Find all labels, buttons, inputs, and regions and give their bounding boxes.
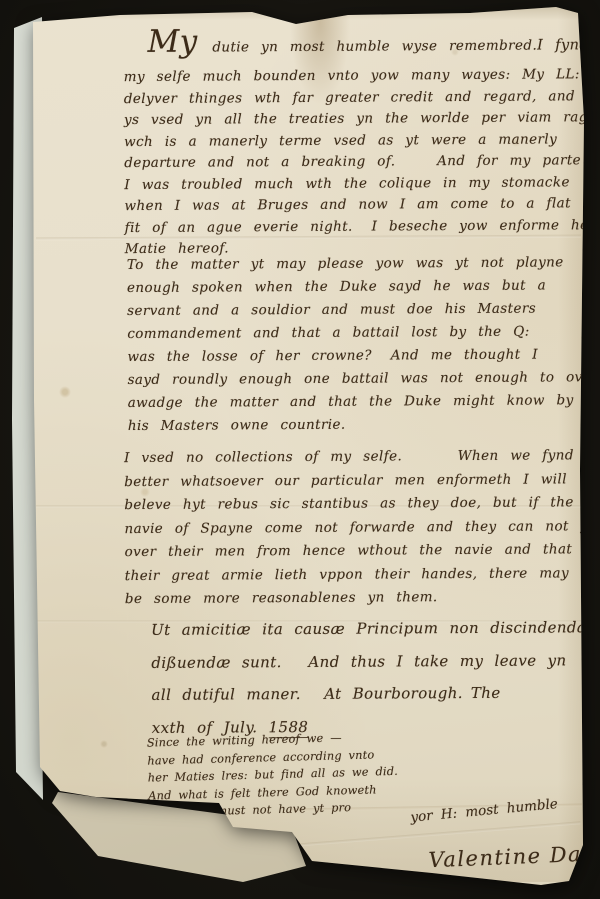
opening-line: My dutie yn most humble wyse remembred. … — [147, 24, 577, 57]
manuscript-line: fit of an ague everie night. I beseche y… — [125, 214, 600, 239]
manuscript-line: better whatsoever our particular men enf… — [124, 468, 600, 494]
manuscript-line: Ut amicitiæ ita causæ Principum non disc… — [151, 611, 600, 646]
manuscript-line: beleve hyt rebus sic stantibus as they d… — [124, 491, 600, 517]
manuscript-line: awadge the matter and that the Duke migh… — [128, 389, 598, 415]
signoff-line: yor H: most humble — [410, 796, 559, 826]
manuscript-line: dißuendæ sunt. And thus I take my leave … — [151, 643, 600, 678]
manuscript-line: his Masters owne countrie. — [128, 412, 598, 438]
manuscript-line: commandement and that a battail lost by … — [127, 320, 597, 346]
manuscript-line: be some more reasonablenes yn them. — [125, 585, 600, 611]
letter-page: My dutie yn most humble wyse remembred. … — [0, 0, 600, 899]
closing-lines: Ut amicitiæ ita causæ Principum non disc… — [151, 611, 600, 711]
manuscript-line: wch is a manerly terme vsed as yt were a… — [124, 128, 600, 153]
manuscript-line: I was troubled much wth the colique in m… — [124, 171, 600, 196]
paragraph-1: my selfe much bounden vnto yow many waye… — [124, 64, 600, 261]
closing-block: Ut amicitiæ ita causæ Principum non disc… — [151, 611, 600, 744]
letter-page-wrap: My dutie yn most humble wyse remembred. … — [0, 0, 600, 899]
manuscript-line: I vsed no collections of my selfe. When … — [124, 444, 600, 470]
signature: Valentine Dale — [428, 841, 600, 872]
manuscript-line: over their men from hence wthout the nav… — [125, 538, 600, 564]
manuscript-text: My dutie yn most humble wyse remembred. … — [0, 0, 600, 899]
manuscript-line: sayd roundly enough one battail was not … — [128, 366, 598, 392]
manuscript-line: servant and a souldior and must doe his … — [127, 297, 597, 323]
manuscript-line: when I was at Bruges and now I am come t… — [124, 193, 600, 218]
manuscript-line: To the matter yt may please yow was yt n… — [127, 251, 597, 277]
paragraph-3: I vsed no collections of my selfe. When … — [124, 444, 600, 611]
manuscript-line: their great armie lieth vppon their hand… — [125, 562, 600, 588]
opening-initial: My — [147, 27, 197, 57]
opening-right-text: I fynd — [537, 37, 589, 53]
postscript-block: Since the writing hereof we —have had co… — [147, 728, 400, 840]
manuscript-line: delyver thinges wth far greater credit a… — [124, 85, 600, 110]
photo-background: My dutie yn most humble wyse remembred. … — [0, 0, 600, 899]
manuscript-line: ys vsed yn all the treaties yn the world… — [124, 107, 600, 132]
postscript-line: derelicto. / — [149, 816, 400, 840]
manuscript-line: all dutiful maner. At Bourborough. The — [151, 676, 600, 711]
manuscript-line: enough spoken when the Duke sayd he was … — [127, 274, 597, 300]
manuscript-line: my selfe much bounden vnto yow many waye… — [124, 64, 600, 89]
manuscript-line: navie of Spayne come not forwarde and th… — [124, 515, 600, 541]
paragraph-2: To the matter yt may please yow was yt n… — [127, 251, 598, 438]
opening-text: dutie yn most humble wyse remembred. — [201, 38, 538, 56]
manuscript-line: was the losse of her crowne? And me thou… — [127, 343, 597, 369]
manuscript-line: departure and not a breaking of. And for… — [124, 150, 600, 175]
